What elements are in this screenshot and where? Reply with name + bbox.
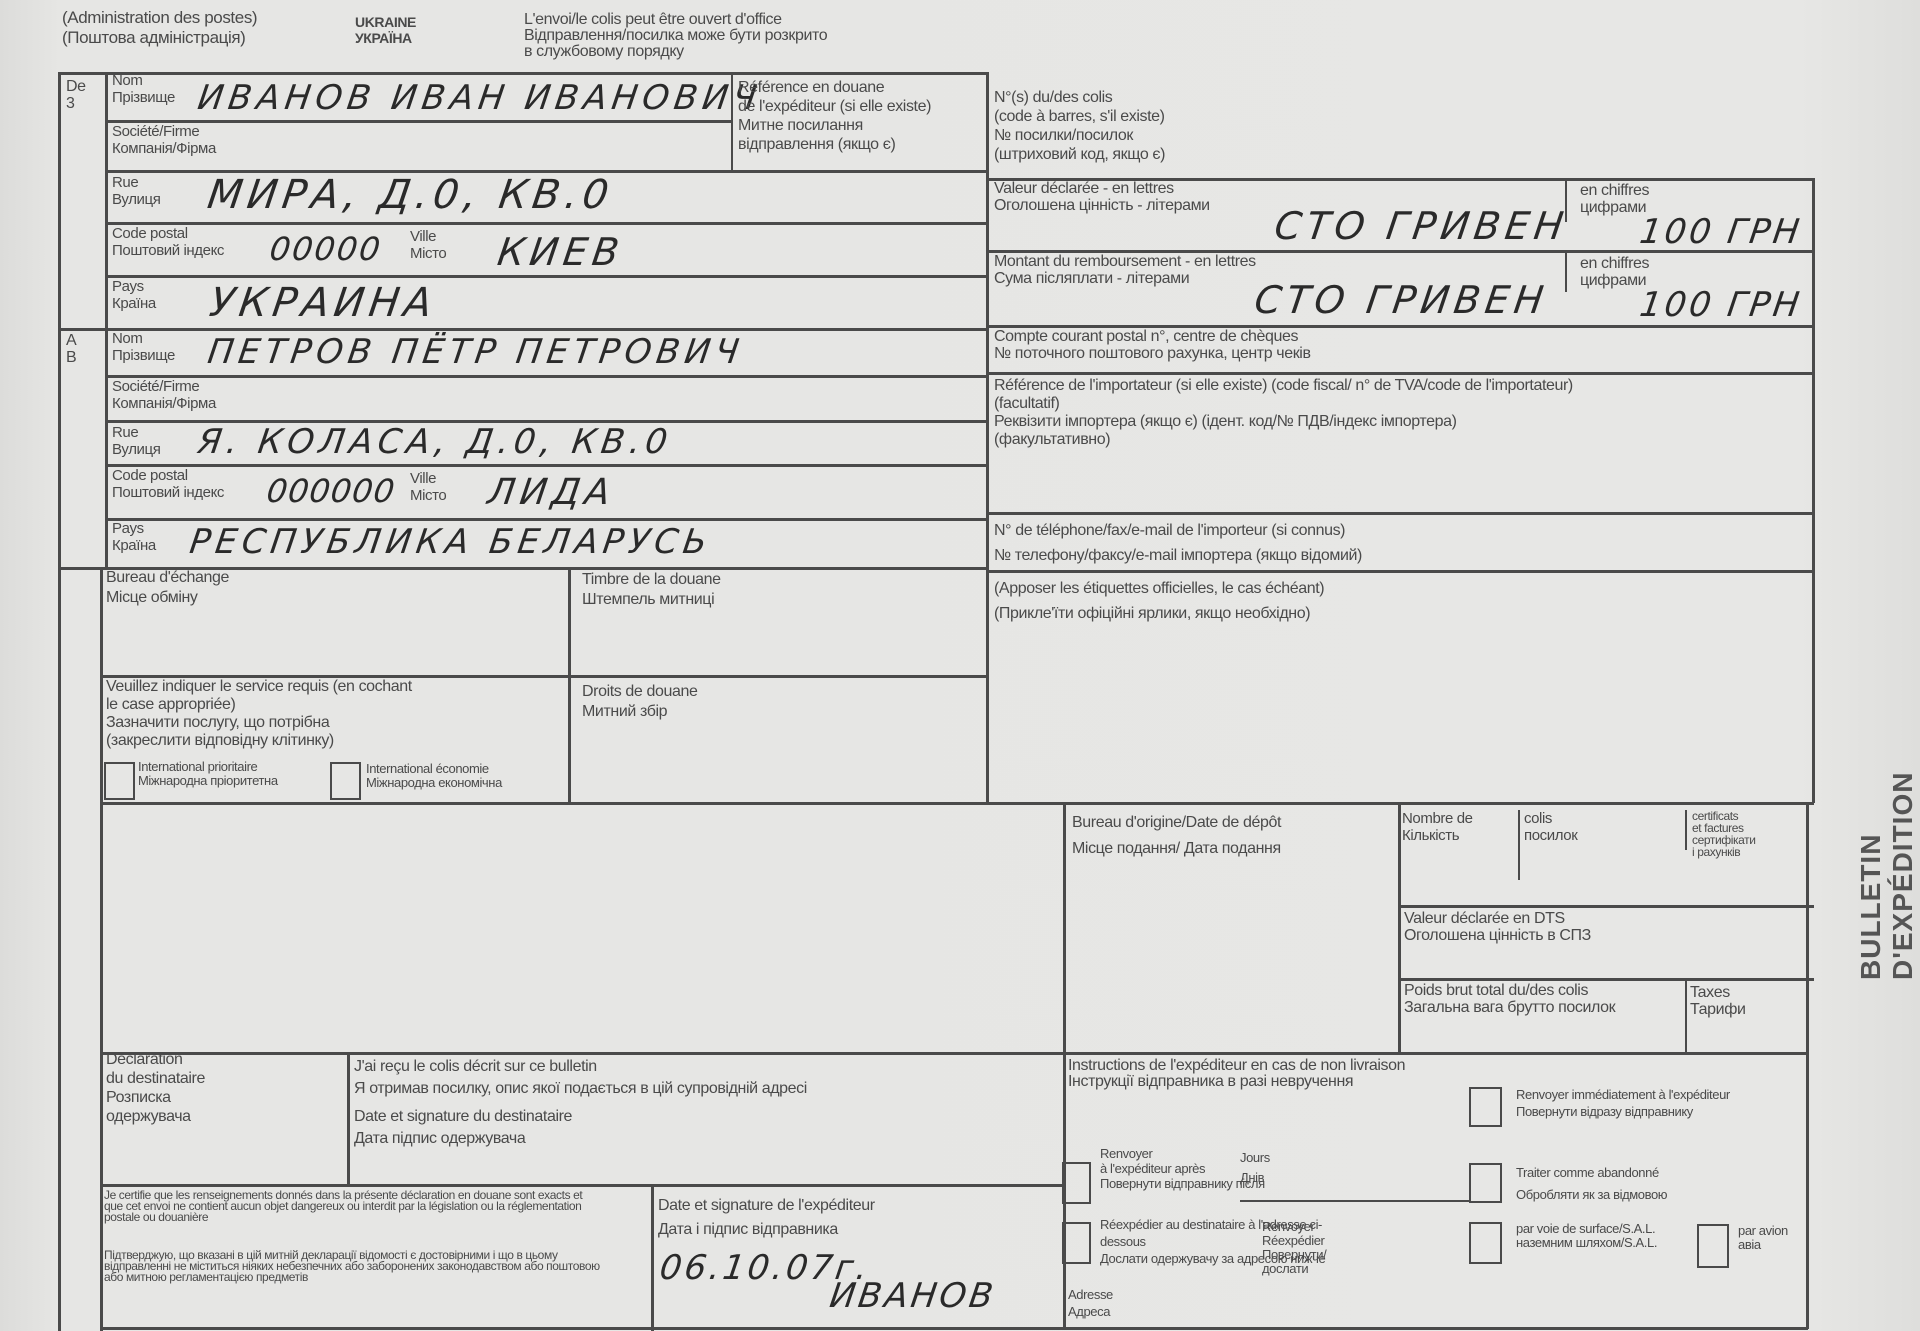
parcel-numbers-label: N°(s) du/des colis (code à barres, s'il … — [994, 88, 1165, 164]
sender-postcode-label: Code postal Поштовий індекс — [112, 225, 224, 259]
recipient-postcode-field[interactable]: 000000 — [264, 472, 397, 510]
parcel-received-text: J'ai reçu le colis décrit sur ce bulleti… — [354, 1056, 807, 1100]
declaration-divider — [347, 1052, 350, 1185]
address-label[interactable]: Adresse Адреса — [1068, 1286, 1113, 1320]
row-line — [105, 464, 988, 467]
importer-contact-label: N° de téléphone/fax/e-mail de l'importeu… — [994, 518, 1362, 568]
recipient-city-field[interactable]: ЛИДА — [485, 472, 618, 513]
form-side-title: BULLETIN D'EXPÉDITION CP 71 СУПРОВІДНА А… — [1855, 772, 1920, 980]
non-delivery-title: Instructions de l'expéditeur en cas de n… — [1068, 1058, 1405, 1090]
lower-right-border — [1806, 802, 1809, 1329]
count-parcels-label: colis посилок — [1524, 810, 1577, 844]
count-subdivider — [1518, 810, 1520, 880]
sender-city-label: Ville Місто — [410, 228, 446, 262]
postal-account-label: Compte courant postal n°, centre de chèq… — [994, 328, 1311, 362]
declared-value-words-label: Valeur déclarée - en lettres Оголошена ц… — [994, 180, 1210, 214]
figures-divider — [1565, 178, 1567, 222]
center-divider — [986, 72, 989, 804]
declared-value-words-field[interactable]: СТО ГРИВЕН — [1272, 204, 1571, 248]
recipient-name-label: Nom Прізвище — [112, 330, 175, 364]
origin-office-label: Bureau d'origine/Date de dépôt Місце под… — [1072, 810, 1281, 862]
abandoned-label: Traiter comme abandonné Обробляти як за … — [1516, 1162, 1796, 1206]
economy-checkbox[interactable] — [330, 762, 361, 800]
customs-duty-label: Droits de douane Митний збір — [582, 682, 697, 722]
recipient-name-field[interactable]: ПЕТРОВ ПЁТР ПЕТРОВИЧ — [205, 332, 746, 372]
customs-divider — [568, 567, 571, 803]
sender-street-label: Rue Вулиця — [112, 174, 160, 208]
sender-street-field[interactable]: МИРА, Д.0, КВ.0 — [205, 172, 617, 218]
figures-divider — [1565, 250, 1567, 292]
return-after-checkbox[interactable] — [1062, 1162, 1091, 1204]
recipient-declaration-title: Déclaration du destinataire Розписка оде… — [106, 1050, 205, 1126]
row-line — [1398, 978, 1814, 981]
air-label: par avion авіа — [1738, 1224, 1798, 1252]
sender-postcode-field[interactable]: 00000 — [267, 230, 384, 268]
country-header: UKRAINE УКРАЇНА — [355, 14, 416, 46]
sender-city-field[interactable]: КИЕВ — [495, 230, 627, 274]
inner-left-border — [100, 567, 103, 1331]
economy-option-label: International économie Міжнародна економ… — [366, 762, 502, 790]
sender-section-label: De 3 — [66, 78, 86, 112]
abandoned-checkbox[interactable] — [1469, 1163, 1502, 1203]
sender-company-label: Société/Firme Компанія/Фірма — [112, 123, 216, 157]
section-line — [100, 1052, 1808, 1055]
gross-weight-label: Poids brut total du/des colis Загальна в… — [1404, 982, 1615, 1016]
open-notice-label: L'envoi/le colis peut être ouvert d'offi… — [524, 12, 827, 60]
certification-text-fr: Je certifie que les renseignements donné… — [104, 1190, 604, 1223]
declared-value-figures-label: en chiffres цифрами — [1580, 182, 1649, 216]
days-underline — [1240, 1200, 1470, 1202]
exchange-office-label: Bureau d'échange Місце обміну — [106, 568, 229, 608]
postal-administration-label: (Administration des postes) (Поштова адм… — [62, 8, 257, 48]
cod-amount-words-label: Montant du remboursement - en lettres Су… — [994, 253, 1256, 287]
recipient-city-label: Ville Місто — [410, 470, 446, 504]
certification-text-uk: Підтверджую, що вказані в цій митній дек… — [104, 1250, 614, 1283]
air-checkbox[interactable] — [1697, 1224, 1729, 1268]
row-line — [105, 275, 988, 278]
row-line — [1398, 905, 1814, 908]
priority-checkbox[interactable] — [104, 762, 135, 800]
recipient-company-label: Société/Firme Компанія/Фірма — [112, 378, 216, 412]
recipient-postcode-label: Code postal Поштовий індекс — [112, 467, 224, 501]
surface-label: par voie de surface/S.A.L. наземним шлях… — [1516, 1222, 1666, 1250]
row-line — [105, 518, 988, 521]
section-divider — [105, 72, 108, 569]
recipient-signature-label[interactable]: Date et signature du destinataire Дата п… — [354, 1106, 572, 1150]
cod-amount-words-field[interactable]: СТО ГРИВЕН — [1252, 278, 1551, 322]
row-line — [105, 222, 988, 225]
right-border — [1812, 178, 1815, 803]
row-line — [986, 372, 1814, 375]
frame-left-border — [58, 72, 61, 1331]
section-line — [58, 328, 988, 331]
frame-top-border — [58, 72, 988, 75]
count-subdivider — [1685, 810, 1687, 850]
declared-value-figures-field[interactable]: 100 ГРН — [1637, 212, 1804, 252]
row-line — [986, 570, 1814, 573]
section-line — [100, 1184, 1066, 1187]
sender-signature-label: Date et signature de l'expéditeur Дата і… — [658, 1194, 875, 1242]
return-immediately-checkbox[interactable] — [1469, 1087, 1502, 1127]
cod-amount-figures-field[interactable]: 100 ГРН — [1637, 285, 1804, 325]
service-required-label: Veuillez indiquer le service requis (en … — [106, 678, 412, 750]
fees-divider — [1685, 978, 1687, 1054]
sender-name-field[interactable]: ИВАНОВ ИВАН ИВАНОВИЧ — [195, 78, 764, 118]
sender-customs-reference-label: Référence en douane de l'expéditeur (si … — [738, 78, 931, 154]
certificates-label: certificats et factures сертифікати і ра… — [1692, 810, 1756, 858]
customs-ref-divider — [731, 72, 733, 170]
sdr-value-label: Valeur déclarée en DTS Оголошена цінніст… — [1404, 910, 1591, 944]
surface-checkbox[interactable] — [1469, 1222, 1502, 1264]
row-line — [986, 512, 1814, 515]
importer-reference-label: Référence de l'importateur (si elle exis… — [994, 377, 1573, 449]
cp71-form: (Administration des postes) (Поштова адм… — [0, 0, 1920, 1331]
sender-country-field[interactable]: УКРАИНА — [207, 280, 440, 326]
row-line — [105, 375, 988, 378]
signature-divider — [651, 1184, 654, 1331]
recipient-country-field[interactable]: РЕСПУБЛИКА БЕЛАРУСЬ — [187, 522, 714, 562]
fees-label: Taxes Тарифи — [1690, 984, 1746, 1018]
bottom-border — [100, 1327, 1808, 1330]
recipient-section-label: A B — [66, 332, 76, 366]
count-divider — [1398, 802, 1401, 1054]
sender-country-label: Pays Країна — [112, 278, 156, 312]
cod-amount-figures-label: en chiffres цифрами — [1580, 255, 1649, 289]
redirect-checkbox[interactable] — [1062, 1222, 1091, 1264]
official-labels-area: (Apposer les étiquettes officielles, le … — [994, 576, 1324, 626]
count-number-label: Nombre de Кількість — [1402, 810, 1473, 844]
customs-stamp-label: Timbre de la douane Штемпель митниці — [582, 570, 721, 610]
section-line — [100, 802, 1814, 805]
return-immediately-label: Renvoyer immédiatement à l'expéditeur По… — [1516, 1086, 1796, 1120]
recipient-street-label: Rue Вулиця — [112, 424, 160, 458]
recipient-street-field[interactable]: Я. КОЛАСА, Д.0, КВ.0 — [195, 422, 675, 462]
priority-option-label: International prioritaire Міжнародна прі… — [138, 760, 278, 788]
recipient-country-label: Pays Країна — [112, 520, 156, 554]
days-label[interactable]: Jours Днів — [1240, 1148, 1270, 1188]
sender-signature-field[interactable]: ИВАНОВ — [827, 1276, 998, 1316]
send-method-label: Renvoyer Réexpédier Повернути/ дослати — [1262, 1220, 1326, 1276]
sender-name-label: Nom Прізвище — [112, 72, 175, 106]
